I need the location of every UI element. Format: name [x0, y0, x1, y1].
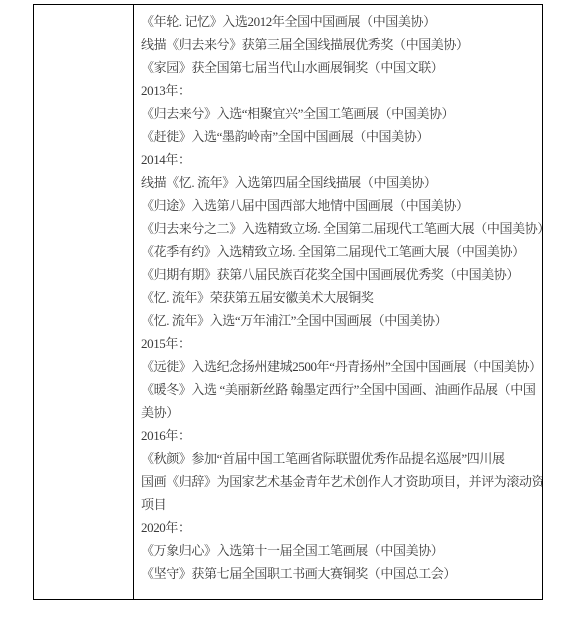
awards-table: 《年轮. 记忆》入选2012年全国中国画展（中国美协）线描《归去来兮》获第三届全… — [33, 4, 543, 600]
award-line: 《忆. 流年》荣获第五届安徽美术大展铜奖 — [141, 286, 538, 309]
award-line: 《家园》获全国第七届当代山水画展铜奖（中国文联） — [141, 56, 538, 79]
award-line: 《秋颜》参加“首届中国工笔画省际联盟优秀作品提名巡展”四川展 — [141, 447, 538, 470]
document-page: 《年轮. 记忆》入选2012年全国中国画展（中国美协）线描《归去来兮》获第三届全… — [0, 0, 572, 626]
year-label: 2014年： — [141, 148, 538, 171]
year-label: 2013年： — [141, 79, 538, 102]
award-line: 《归期有期》获第八届民族百花奖全国中国画展优秀奖（中国美协） — [141, 263, 538, 286]
table-left-cell — [34, 5, 134, 599]
award-line: 《暖冬》入选 “美丽新丝路 翰墨定西行”全国中国画、油画作品展（中国 — [141, 378, 538, 401]
award-line: 美协） — [141, 401, 538, 424]
award-line: 《花季有约》入选精致立场. 全国第二届现代工笔画大展（中国美协） — [141, 240, 538, 263]
award-line: 《归去来兮之二》入选精致立场. 全国第二届现代工笔画大展（中国美协） — [141, 217, 538, 240]
award-line: 项目 — [141, 493, 538, 516]
award-line: 《远徙》入选纪念扬州建城2500年“丹青扬州”全国中国画展（中国美协） — [141, 355, 538, 378]
award-line: 线描《忆. 流年》入选第四届全国线描展（中国美协） — [141, 171, 538, 194]
award-line: 国画《归辞》为国家艺术基金青年艺术创作人才资助项目，并评为滚动资助 — [141, 470, 538, 493]
award-line: 《归途》入选第八届中国西部大地情中国画展（中国美协） — [141, 194, 538, 217]
award-line: 《年轮. 记忆》入选2012年全国中国画展（中国美协） — [141, 10, 538, 33]
award-line: 《赶徙》入选“墨韵岭南”全国中国画展（中国美协） — [141, 125, 538, 148]
award-line: 《万象归心》入选第十一届全国工笔画展（中国美协） — [141, 539, 538, 562]
award-line: 《坚守》获第七届全国职工书画大赛铜奖（中国总工会） — [141, 562, 538, 585]
awards-list-cell: 《年轮. 记忆》入选2012年全国中国画展（中国美协）线描《归去来兮》获第三届全… — [134, 5, 542, 599]
year-label: 2020年： — [141, 516, 538, 539]
award-line: 《归去来兮》入选“相聚宜兴”全国工笔画展（中国美协） — [141, 102, 538, 125]
year-label: 2016年： — [141, 424, 538, 447]
award-line: 《忆. 流年》入选“万年浦江”全国中国画展（中国美协） — [141, 309, 538, 332]
award-line: 线描《归去来兮》获第三届全国线描展优秀奖（中国美协） — [141, 33, 538, 56]
year-label: 2015年： — [141, 332, 538, 355]
